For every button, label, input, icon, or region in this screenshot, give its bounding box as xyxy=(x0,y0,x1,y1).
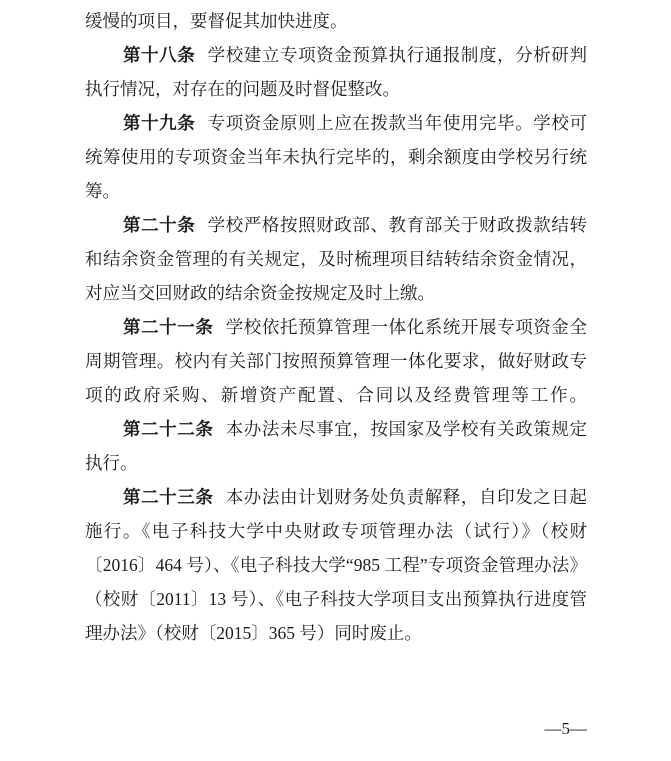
line-text: 项的政府采购、新增资产配置、合同以及经费管理等工作。 xyxy=(85,385,587,405)
document-line: （校财〔2011〕13 号）、《电子科技大学项目支出预算执行进度管 xyxy=(85,582,587,616)
line-text: 理办法》（校财〔2015〕365 号）同时废止。 xyxy=(85,623,422,643)
line-text: 统筹使用的专项资金当年未执行完毕的，剩余额度由学校另行统 xyxy=(85,147,587,167)
document-line: 理办法》（校财〔2015〕365 号）同时废止。 xyxy=(85,616,587,650)
document-body: 缓慢的项目，要督促其加快进度。 第十八条学校建立专项资金预算执行通报制度，分析研… xyxy=(85,4,587,650)
page-number: —5— xyxy=(545,718,588,740)
document-line: 执行情况，对存在的问题及时督促整改。 xyxy=(85,72,587,106)
document-line: 和结余资金管理的有关规定，及时梳理项目结转结余资金情况， xyxy=(85,242,587,276)
line-text: 学校严格按照财政部、教育部关于财政拨款结转 xyxy=(208,215,587,235)
line-text: 执行。 xyxy=(85,453,138,473)
document-line: 第二十条学校严格按照财政部、教育部关于财政拨款结转 xyxy=(85,208,587,242)
document-page: 缓慢的项目，要督促其加快进度。 第十八条学校建立专项资金预算执行通报制度，分析研… xyxy=(0,0,671,761)
line-text: 缓慢的项目，要督促其加快进度。 xyxy=(85,11,348,31)
article-heading: 第二十一条 xyxy=(123,317,213,337)
document-line: 〔2016〕464 号）、《电子科技大学“985 工程”专项资金管理办法》 xyxy=(85,548,587,582)
line-text: 本办法未尽事宜，按国家及学校有关政策规定 xyxy=(226,419,587,439)
document-line: 执行。 xyxy=(85,446,587,480)
document-line: 筹。 xyxy=(85,174,587,208)
line-text: 筹。 xyxy=(85,181,120,201)
document-line: 统筹使用的专项资金当年未执行完毕的，剩余额度由学校另行统 xyxy=(85,140,587,174)
article-heading: 第十九条 xyxy=(123,113,195,133)
line-text: 和结余资金管理的有关规定，及时梳理项目结转结余资金情况， xyxy=(85,249,587,269)
line-text: 执行情况，对存在的问题及时督促整改。 xyxy=(85,79,400,99)
line-text: 专项资金原则上应在拨款当年使用完毕。学校可 xyxy=(208,113,587,133)
line-text: 周期管理。校内有关部门按照预算管理一体化要求，做好财政专 xyxy=(85,351,587,371)
line-text: 学校依托预算管理一体化系统开展专项资金全 xyxy=(226,317,587,337)
document-line: 第二十三条本办法由计划财务处负责解释，自印发之日起 xyxy=(85,480,587,514)
line-text: （校财〔2011〕13 号）、《电子科技大学项目支出预算执行进度管 xyxy=(85,589,587,609)
document-line: 第十九条专项资金原则上应在拨款当年使用完毕。学校可 xyxy=(85,106,587,140)
line-text: 对应当交回财政的结余资金按规定及时上缴。 xyxy=(85,283,435,303)
article-heading: 第二十三条 xyxy=(123,487,213,507)
line-text: 学校建立专项资金预算执行通报制度，分析研判 xyxy=(208,45,587,65)
document-line: 项的政府采购、新增资产配置、合同以及经费管理等工作。 xyxy=(85,378,587,412)
article-heading: 第二十条 xyxy=(123,215,195,235)
article-heading: 第十八条 xyxy=(123,45,195,65)
line-text: 施行。《电子科技大学中央财政专项管理办法（试行）》（校财 xyxy=(85,521,587,541)
document-line: 施行。《电子科技大学中央财政专项管理办法（试行）》（校财 xyxy=(85,514,587,548)
document-line: 第十八条学校建立专项资金预算执行通报制度，分析研判 xyxy=(85,38,587,72)
line-text: 本办法由计划财务处负责解释，自印发之日起 xyxy=(226,487,587,507)
document-line: 第二十二条本办法未尽事宜，按国家及学校有关政策规定 xyxy=(85,412,587,446)
line-text: 〔2016〕464 号）、《电子科技大学“985 工程”专项资金管理办法》 xyxy=(85,555,587,575)
document-line: 对应当交回财政的结余资金按规定及时上缴。 xyxy=(85,276,587,310)
document-line: 缓慢的项目，要督促其加快进度。 xyxy=(85,4,587,38)
document-line: 第二十一条学校依托预算管理一体化系统开展专项资金全 xyxy=(85,310,587,344)
article-heading: 第二十二条 xyxy=(123,419,213,439)
document-line: 周期管理。校内有关部门按照预算管理一体化要求，做好财政专 xyxy=(85,344,587,378)
